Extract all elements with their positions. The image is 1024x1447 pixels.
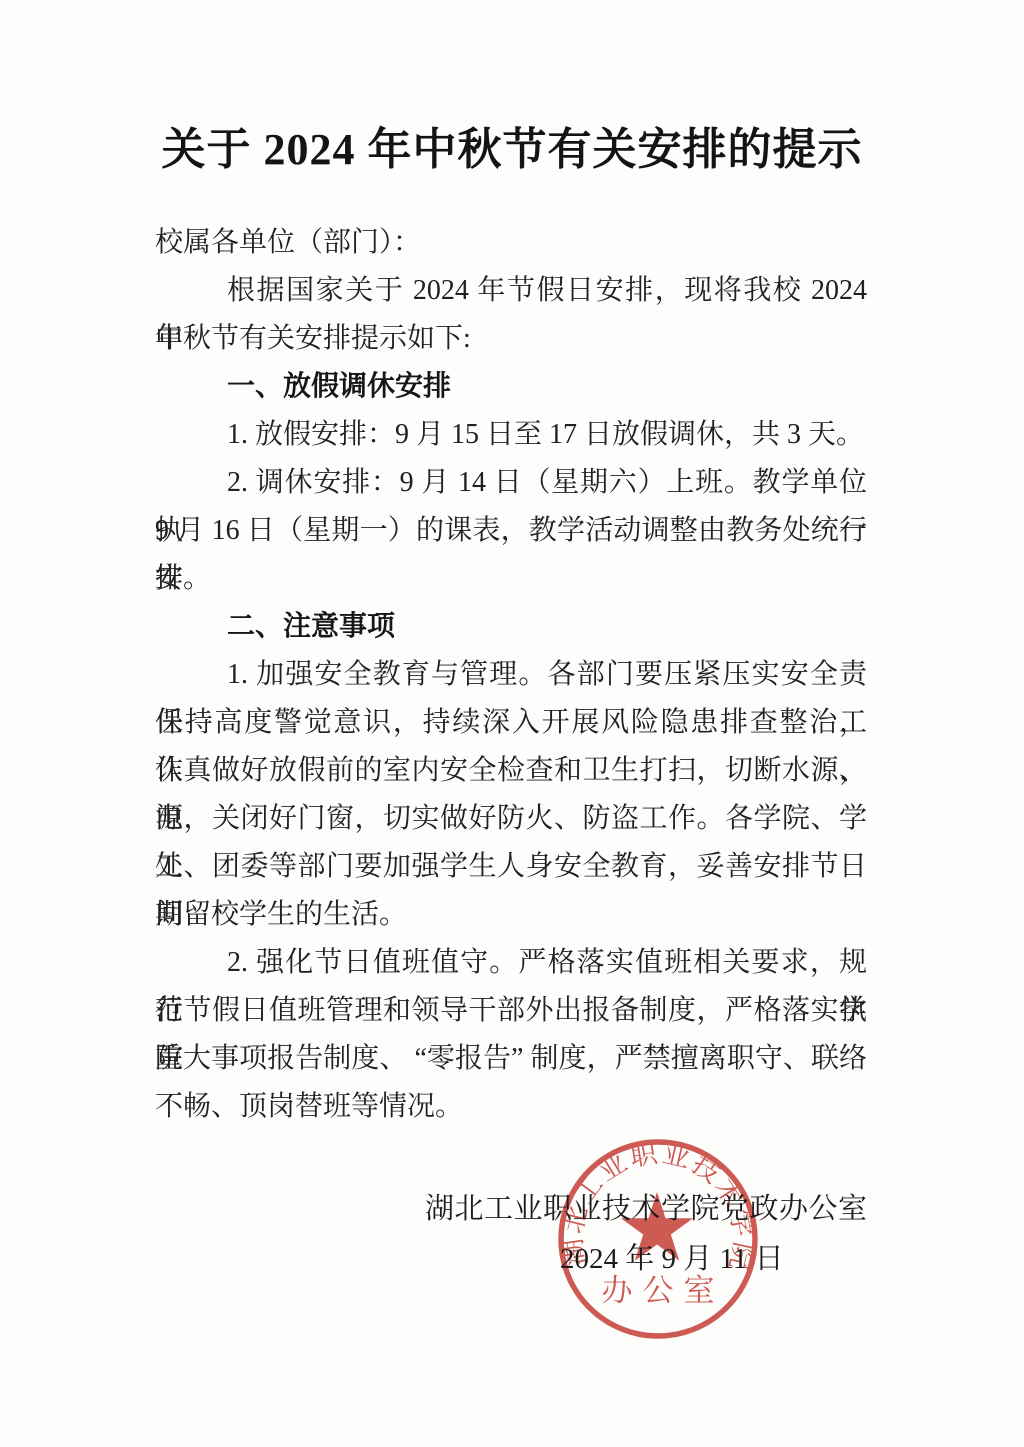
notice-document: 关于 2024 年中秋节有关安排的提示 校属各单位（部门）：根据国家关于 202…: [0, 0, 1024, 1447]
body-line-14: 处、团委等部门要加强学生人身安全教育，妥善安排节日期: [155, 843, 867, 891]
signature-org: 湖北工业职业技术学院党政办公室: [425, 1192, 868, 1226]
body-line-15: 间留校学生的生活。: [155, 891, 867, 939]
body-line-16: 2. 强化节日值班值守。严格落实值班相关要求，规范执: [155, 939, 867, 987]
body-line-6: 2. 调休安排：9 月 14 日（星期六）上班。教学单位执行: [155, 459, 867, 507]
body-line-9: 二、注意事项: [155, 603, 867, 651]
signature-date: 2024 年 9 月 11 日: [560, 1242, 784, 1276]
body-line-2: 根据国家关于 2024 年节假日安排，现将我校 2024 年: [155, 267, 867, 315]
seal-bottom-text: 办公室: [602, 1273, 725, 1308]
body-line-7: 9 月 16 日（星期一）的课表，教学活动调整由教务处统一安: [155, 507, 867, 555]
body-line-17: 行节假日值班管理和领导干部外出报备制度，严格落实学院: [155, 987, 867, 1035]
body-line-5: 1. 放假安排：9 月 15 日至 17 日放假调休，共 3 天。: [155, 411, 867, 459]
document-body: 校属各单位（部门）：根据国家关于 2024 年节假日安排，现将我校 2024 年…: [155, 219, 867, 1131]
body-line-19: 不畅、顶岗替班等情况。: [155, 1083, 867, 1131]
body-line-18: 重大事项报告制度、 “零报告” 制度，严禁擅离职守、联络: [155, 1035, 867, 1083]
body-line-3: 中秋节有关安排提示如下:: [155, 315, 867, 363]
body-line-10: 1. 加强安全教育与管理。各部门要压紧压实安全责任，: [155, 651, 867, 699]
body-line-12: 认真做好放假前的室内安全检查和卫生打扫，切断水源、电: [155, 747, 867, 795]
body-line-4: 一、放假调休安排: [155, 363, 867, 411]
body-line-1: 校属各单位（部门）：: [155, 219, 867, 267]
official-seal: 湖北工业职业技术学院 办公室: [548, 1129, 768, 1349]
body-line-13: 源，关闭好门窗，切实做好防火、防盗工作。各学院、学工: [155, 795, 867, 843]
body-line-11: 保持高度警觉意识，持续深入开展风险隐患排查整治工作，: [155, 699, 867, 747]
document-title: 关于 2024 年中秋节有关安排的提示: [0, 122, 1024, 178]
body-line-8: 排。: [155, 555, 867, 603]
